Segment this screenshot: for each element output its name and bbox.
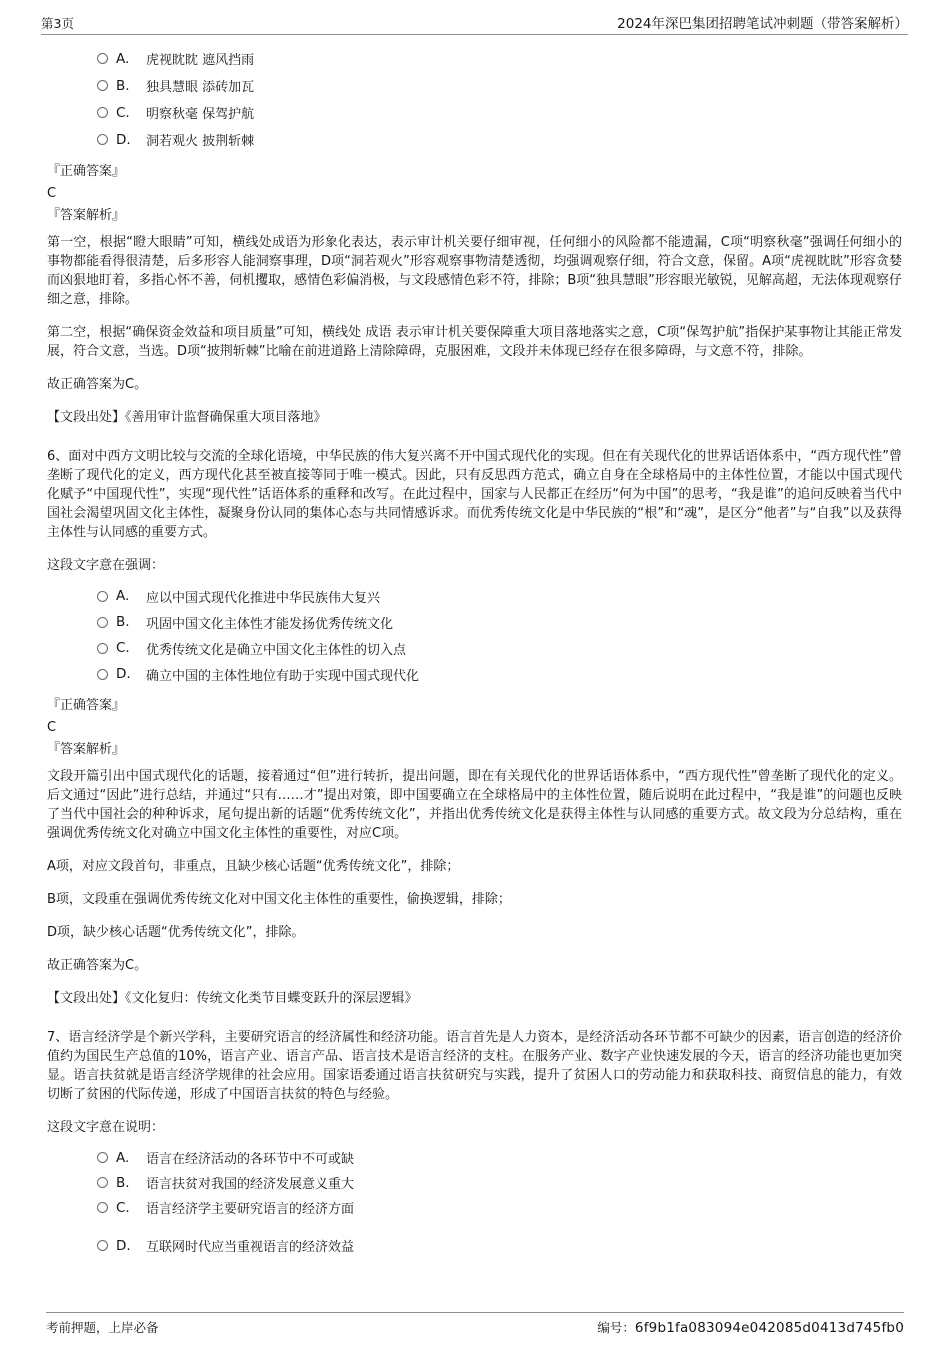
question7-stem: 7、语言经济学是个新兴学科，主要研究语言的经济属性和经济功能。语言首先是人力资本… [47, 1028, 902, 1104]
option-text: 虎视眈眈 遮风挡雨 [146, 49, 254, 68]
source-line: 【文段出处】《善用审计监督确保重大项目落地》 [47, 408, 902, 427]
analysis-conclusion: 故正确答案为C。 [47, 375, 902, 394]
analysis-title: 『答案解析』 [47, 739, 902, 761]
option-label: B. [116, 78, 146, 94]
option-text: 独具慧眼 添砖加瓦 [146, 76, 254, 95]
answer-value: C [47, 183, 902, 205]
page-number: 第3页 [41, 14, 74, 32]
question5-answer-block: 『正确答案』 C 『答案解析』 [47, 161, 902, 227]
radio-button-icon[interactable] [97, 617, 108, 628]
option-text: 语言经济学主要研究语言的经济方面 [146, 1198, 354, 1217]
document-page: 第3页 2024年深巴集团招聘笔试冲刺题（带答案解析） A. 虎视眈眈 遮风挡雨… [0, 0, 950, 1345]
option-label: C. [116, 105, 146, 121]
option-row-a[interactable]: A. 虎视眈眈 遮风挡雨 [97, 45, 902, 72]
option-label: C. [116, 1200, 146, 1216]
question5-block: A. 虎视眈眈 遮风挡雨 B. 独具慧眼 添砖加瓦 C. 明察秋毫 保驾护航 D… [47, 45, 902, 427]
option-row-d[interactable]: D. 洞若观火 披荆斩棘 [97, 126, 902, 153]
analysis-option-a: A项，对应文段首句，非重点，且缺少核心话题“优秀传统文化”，排除； [47, 857, 902, 876]
option-row-d[interactable]: D. 确立中国的主体性地位有助于实现中国式现代化 [97, 661, 902, 687]
question7-options: A. 语言在经济活动的各环节中不可或缺 B. 语言扶贫对我国的经济发展意义重大 … [47, 1145, 902, 1258]
analysis-conclusion: 故正确答案为C。 [47, 956, 902, 975]
radio-button-icon[interactable] [97, 643, 108, 654]
option-label: B. [116, 1175, 146, 1191]
option-text: 语言在经济活动的各环节中不可或缺 [146, 1148, 354, 1167]
question7-block: 7、语言经济学是个新兴学科，主要研究语言的经济属性和经济功能。语言首先是人力资本… [47, 1028, 902, 1258]
option-text: 优秀传统文化是确立中国文化主体性的切入点 [146, 639, 406, 658]
option-row-b[interactable]: B. 独具慧眼 添砖加瓦 [97, 72, 902, 99]
source-line: 【文段出处】《文化复归：传统文化类节目蝶变跃升的深层逻辑》 [47, 989, 902, 1008]
page-header: 第3页 2024年深巴集团招聘笔试冲刺题（带答案解析） [41, 0, 908, 35]
question6-options: A. 应以中国式现代化推进中华民族伟大复兴 B. 巩固中国文化主体性才能发扬优秀… [47, 583, 902, 687]
document-title: 2024年深巴集团招聘笔试冲刺题（带答案解析） [617, 12, 908, 32]
option-text: 应以中国式现代化推进中华民族伟大复兴 [146, 587, 380, 606]
option-text: 洞若观火 披荆斩棘 [146, 130, 254, 149]
radio-button-icon[interactable] [97, 80, 108, 91]
answer-value: C [47, 717, 902, 739]
analysis-paragraph: 文段开篇引出中国式现代化的话题，接着通过“但”进行转折，提出问题，即在有关现代化… [47, 767, 902, 843]
footer-code-wrap: 编号：6f9b1fa083094e042085d0413d745fb0 [597, 1318, 904, 1336]
option-text: 确立中国的主体性地位有助于实现中国式现代化 [146, 665, 419, 684]
answer-title: 『正确答案』 [47, 695, 902, 717]
radio-button-icon[interactable] [97, 1240, 108, 1251]
radio-button-icon[interactable] [97, 591, 108, 602]
analysis-option-d: D项，缺少核心话题“优秀传统文化”，排除。 [47, 923, 902, 942]
analysis-option-b: B项，文段重在强调优秀传统文化对中国文化主体性的重要性，偷换逻辑，排除； [47, 890, 902, 909]
answer-title: 『正确答案』 [47, 161, 902, 183]
question6-block: 6、面对中西方文明比较与交流的全球化语境，中华民族的伟大复兴离不开中国式现代化的… [47, 447, 902, 1008]
option-row-d[interactable]: D. 互联网时代应当重视语言的经济效益 [97, 1233, 902, 1258]
option-label: B. [116, 614, 146, 630]
option-row-c[interactable]: C. 优秀传统文化是确立中国文化主体性的切入点 [97, 635, 902, 661]
option-label: A. [116, 1150, 146, 1166]
option-text: 语言扶贫对我国的经济发展意义重大 [146, 1173, 354, 1192]
footer-code: 6f9b1fa083094e042085d0413d745fb0 [635, 1320, 904, 1336]
question5-options: A. 虎视眈眈 遮风挡雨 B. 独具慧眼 添砖加瓦 C. 明察秋毫 保驾护航 D… [47, 45, 902, 153]
option-row-c[interactable]: C. 语言经济学主要研究语言的经济方面 [97, 1195, 902, 1220]
radio-button-icon[interactable] [97, 134, 108, 145]
radio-button-icon[interactable] [97, 107, 108, 118]
question6-prompt: 这段文字意在强调： [47, 556, 902, 575]
radio-button-icon[interactable] [97, 1177, 108, 1188]
analysis-paragraph: 第一空，根据“瞪大眼睛”可知，横线处成语为形象化表达，表示审计机关要仔细审视，任… [47, 233, 902, 309]
option-label: D. [116, 666, 146, 682]
footer-slogan: 考前押题，上岸必备 [46, 1318, 159, 1336]
option-label: C. [116, 640, 146, 656]
radio-button-icon[interactable] [97, 53, 108, 64]
analysis-paragraph: 第二空，根据“确保资金效益和项目质量”可知，横线处 成语 表示审计机关要保障重大… [47, 323, 902, 361]
footer-code-label: 编号： [597, 1320, 635, 1335]
option-row-c[interactable]: C. 明察秋毫 保驾护航 [97, 99, 902, 126]
analysis-title: 『答案解析』 [47, 205, 902, 227]
option-label: A. [116, 51, 146, 67]
option-text: 互联网时代应当重视语言的经济效益 [146, 1236, 354, 1255]
option-text: 明察秋毫 保驾护航 [146, 103, 254, 122]
radio-button-icon[interactable] [97, 1202, 108, 1213]
option-row-b[interactable]: B. 语言扶贫对我国的经济发展意义重大 [97, 1170, 902, 1195]
option-label: D. [116, 1238, 146, 1254]
option-text: 巩固中国文化主体性才能发扬优秀传统文化 [146, 613, 393, 632]
radio-button-icon[interactable] [97, 669, 108, 680]
question6-answer-block: 『正确答案』 C 『答案解析』 [47, 695, 902, 761]
option-label: A. [116, 588, 146, 604]
radio-button-icon[interactable] [97, 1152, 108, 1163]
question6-stem: 6、面对中西方文明比较与交流的全球化语境，中华民族的伟大复兴离不开中国式现代化的… [47, 447, 902, 542]
option-row-b[interactable]: B. 巩固中国文化主体性才能发扬优秀传统文化 [97, 609, 902, 635]
question7-prompt: 这段文字意在说明： [47, 1118, 902, 1137]
option-row-a[interactable]: A. 语言在经济活动的各环节中不可或缺 [97, 1145, 902, 1170]
option-row-a[interactable]: A. 应以中国式现代化推进中华民族伟大复兴 [97, 583, 902, 609]
page-content: A. 虎视眈眈 遮风挡雨 B. 独具慧眼 添砖加瓦 C. 明察秋毫 保驾护航 D… [47, 36, 902, 1258]
page-footer: 考前押题，上岸必备 编号：6f9b1fa083094e042085d0413d7… [46, 1312, 904, 1336]
option-label: D. [116, 132, 146, 148]
